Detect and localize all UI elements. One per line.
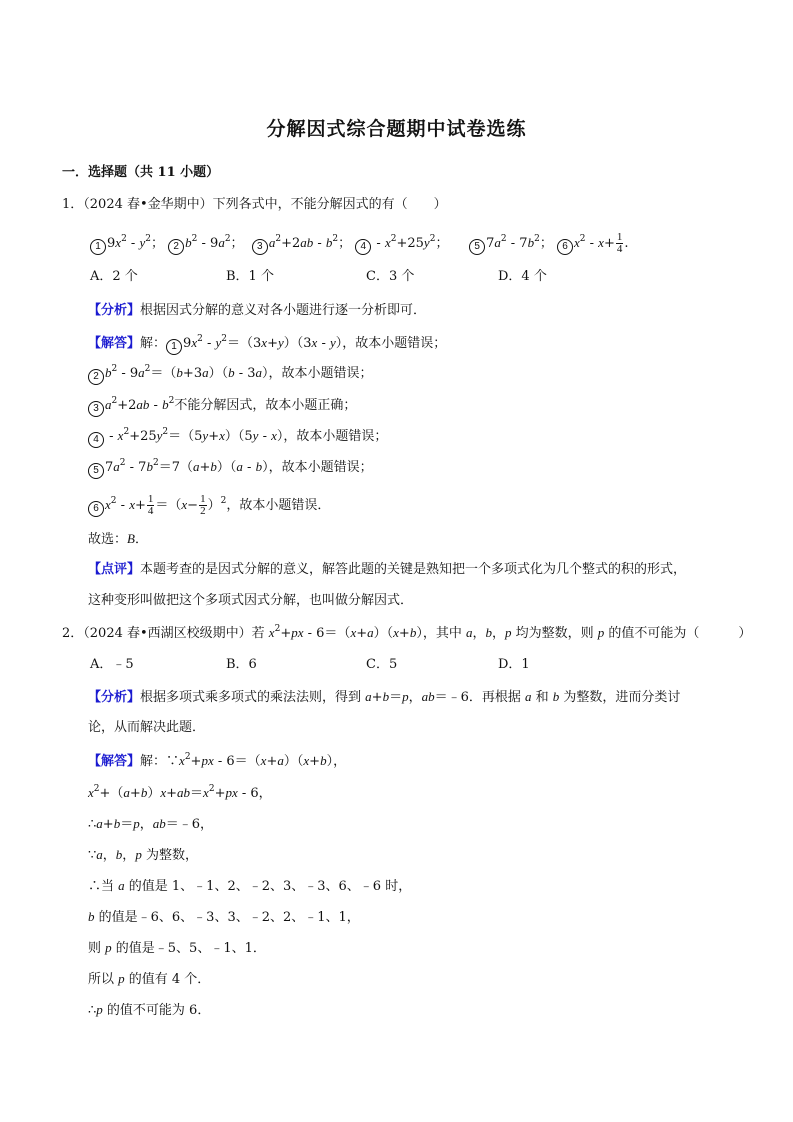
question-2-answer-line-7: 则 p 的值是﹣5、5、﹣1、1． xyxy=(88,939,266,958)
item-1: 19x2 - y2； xyxy=(90,236,164,251)
question-2-stem: 2．（2024 春•西湖区校级期中）若 x2+px - 6＝（x+a）（x+b）… xyxy=(62,624,751,643)
item-6: 6x2 - x+14. xyxy=(557,236,629,251)
question-2-answer-line-6: b 的值是﹣6、6、﹣3、3、﹣2、2、﹣1、1， xyxy=(88,908,360,927)
option-b[interactable]: B．6 xyxy=(226,656,257,674)
option-d[interactable]: D．1 xyxy=(498,656,530,674)
option-b[interactable]: B．1 个 xyxy=(226,268,274,286)
question-1-conclusion: 故选：B． xyxy=(88,530,148,549)
page-title: 分解因式综合题期中试卷选练 xyxy=(0,114,793,141)
question-2-answer-line-9: ∴p 的值不可能为 6． xyxy=(88,1001,210,1020)
question-2-analysis-2: 论，从而解决此题． xyxy=(88,719,205,737)
analysis-label: 【分析】 xyxy=(88,690,140,705)
question-1-comment: 【点评】本题考查的是因式分解的意义，解答此题的关键是熟知把一个多项式化为几个整式… xyxy=(88,561,686,579)
item-5: 57a2 - 7b2； xyxy=(469,236,553,251)
option-c[interactable]: C．3 个 xyxy=(366,268,414,286)
analysis-text: 根据因式分解的意义对各小题进行逐一分析即可． xyxy=(140,303,426,318)
item-2: 2b2 - 9a2； xyxy=(168,236,243,251)
question-1-answer-line-2: 2b2 - 9a2＝（b+3a）（b - 3a），故本小题错误； xyxy=(88,364,373,385)
question-1-analysis: 【分析】根据因式分解的意义对各小题进行逐一分析即可． xyxy=(88,302,426,320)
option-d[interactable]: D．4 个 xyxy=(498,268,547,286)
section-heading: 一．选择题（共 11 小题） xyxy=(62,164,219,182)
question-2-analysis: 【分析】根据多项式乘多项式的乘法法则，得到 a+b＝p，ab＝﹣6．再根据 a … xyxy=(88,688,680,707)
option-c[interactable]: C．5 xyxy=(366,656,397,674)
option-a[interactable]: A．﹣5 xyxy=(90,656,134,674)
item-3: 3a2+2ab - b2； xyxy=(252,236,351,251)
question-2-answer-line-3: ∴a+b＝p，ab＝﹣6， xyxy=(88,815,213,834)
question-1-answer-line-4: 4 - x2+25y2＝（5y+x）（5y - x），故本小题错误； xyxy=(88,427,387,448)
question-2-answer-line-4: ∵a，b，p 为整数， xyxy=(88,846,198,865)
question-1-answer-line-6: 6x2 - x+14＝（x−12）2，故本小题错误． xyxy=(88,494,330,517)
question-1-items: 19x2 - y2； 2b2 - 9a2； 3a2+2ab - b2； 4 - … xyxy=(90,232,628,255)
answer-label: 【解答】 xyxy=(88,336,140,351)
question-1-answer-line-3: 3a2+2ab - b2不能分解因式，故本小题正确； xyxy=(88,396,356,417)
answer-label: 【解答】 xyxy=(88,754,140,769)
question-2-answer-line-1: 【解答】解：∵x2+px - 6＝（x+a）（x+b）， xyxy=(88,752,346,771)
item-4: 4 - x2+25y2； xyxy=(355,236,448,251)
question-2-answer-line-5: ∴当 a 的值是 1、﹣1、2、﹣2、3、﹣3、6、﹣6 时， xyxy=(88,877,411,896)
comment-label: 【点评】 xyxy=(88,562,140,577)
comment-text-1: 本题考查的是因式分解的意义，解答此题的关键是熟知把一个多项式化为几个整式的积的形… xyxy=(140,562,686,577)
question-2-answer-line-8: 所以 p 的值有 4 个． xyxy=(88,970,210,989)
analysis-label: 【分析】 xyxy=(88,303,140,318)
question-1-stem: 1．（2024 春•金华期中）下列各式中，不能分解因式的有（ ） xyxy=(62,196,447,214)
question-1-comment-2: 这种变形叫做把这个多项式因式分解，也叫做分解因式． xyxy=(88,592,413,610)
option-a[interactable]: A．2 个 xyxy=(90,268,138,286)
question-1-answer-line-5: 57a2 - 7b2＝7（a+b）（a - b），故本小题错误； xyxy=(88,458,373,479)
question-2-answer-line-2: x2+（a+b）x+ab＝x2+px - 6， xyxy=(88,784,272,803)
question-1-answer-line-1: 【解答】解：19x2 - y2＝（3x+y）（3x - y），故本小题错误； xyxy=(88,334,446,355)
